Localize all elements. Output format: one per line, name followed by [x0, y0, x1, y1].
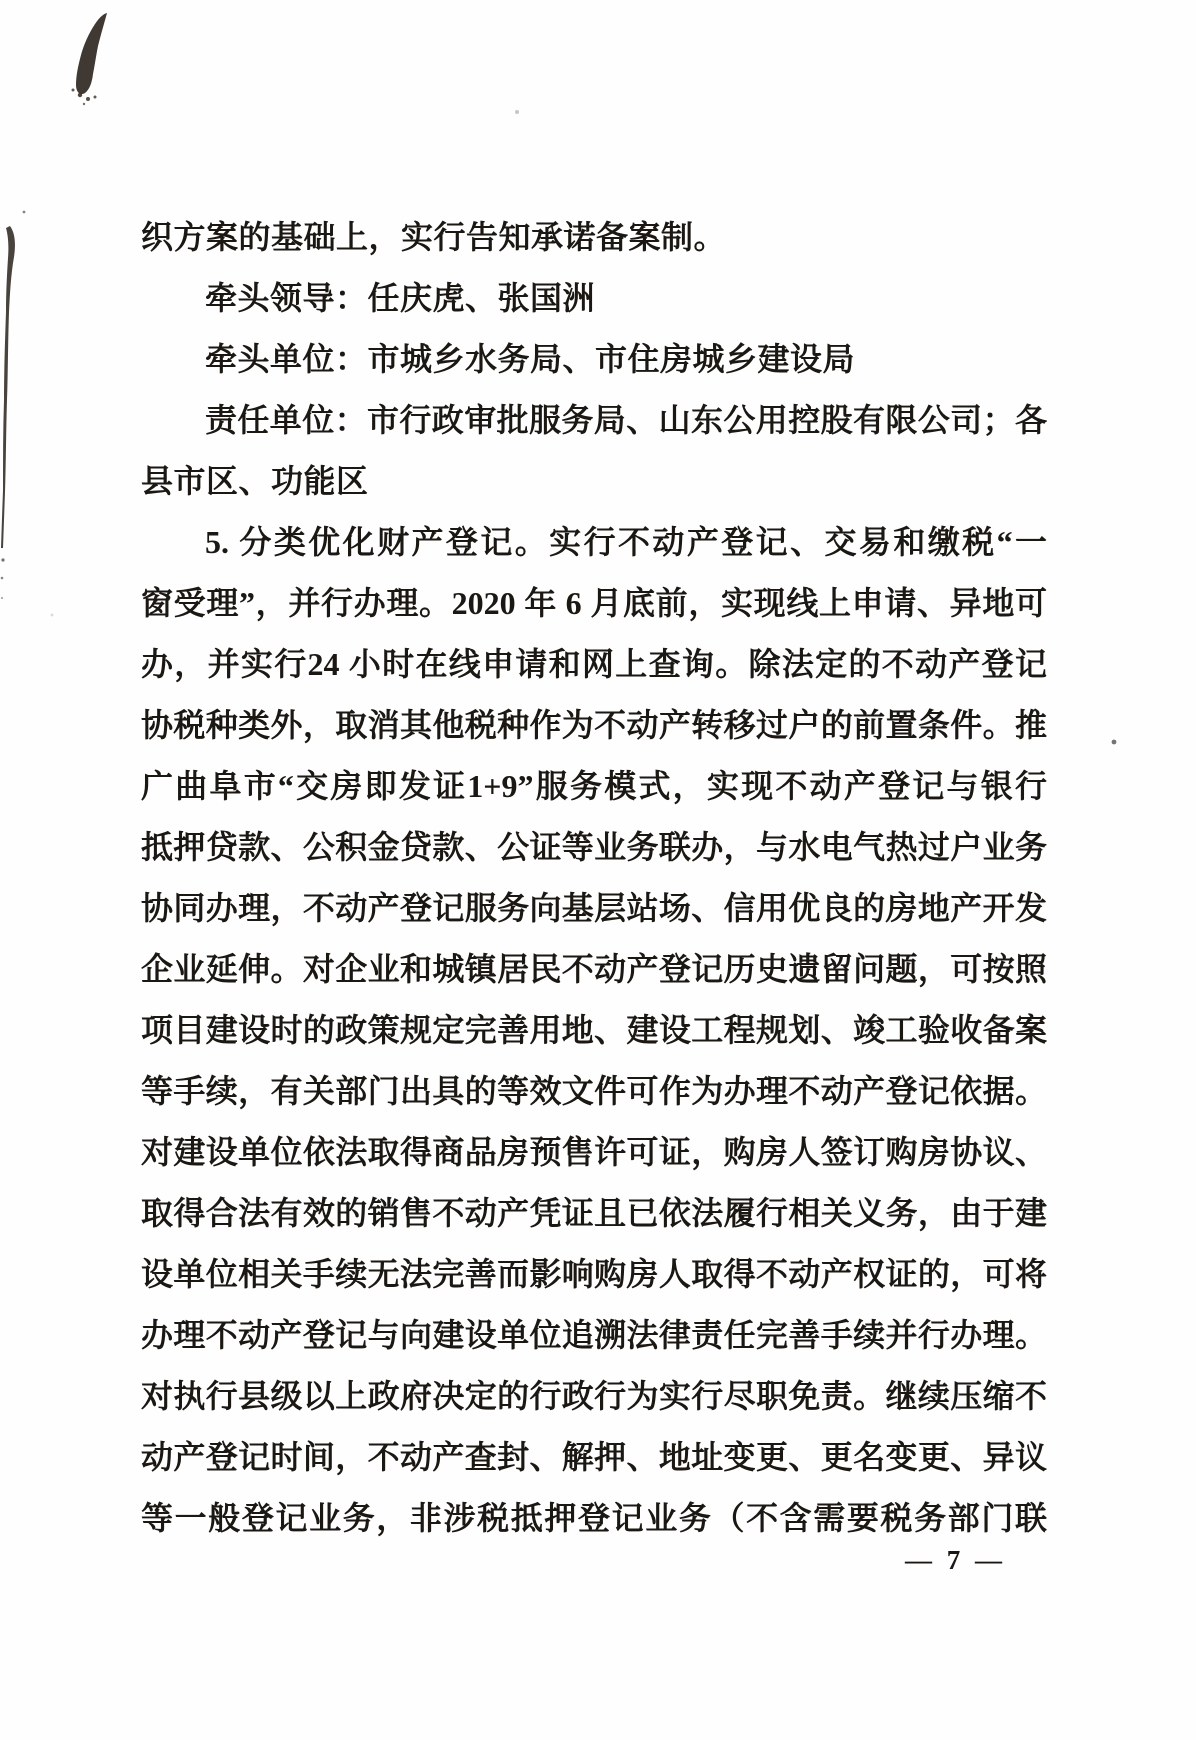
paragraph-line: 动产登记时间，不动产查封、解押、地址变更、更名变更、异议 — [141, 1427, 1047, 1488]
paragraph-line: 企业延伸。对企业和城镇居民不动产登记历史遗留问题，可按照 — [141, 939, 1047, 1000]
paragraph-line: 办理不动产登记与向建设单位追溯法律责任完善手续并行办理。 — [141, 1305, 1047, 1366]
paragraph-line: 对建设单位依法取得商品房预售许可证，购房人签订购房协议、 — [141, 1122, 1047, 1183]
paragraph-line-item-5-start: 5. 分类优化财产登记。实行不动产登记、交易和缴税“一 — [141, 512, 1047, 573]
ink-blot-icon — [72, 13, 108, 105]
paragraph-line-responsible-unit: 责任单位：市行政审批服务局、山东公用控股有限公司；各 — [141, 390, 1047, 451]
paragraph-line: 设单位相关手续无法完善而影响购房人取得不动产权证的，可将 — [141, 1244, 1047, 1305]
paragraph-line: 取得合法有效的销售不动产凭证且已依法履行相关义务，由于建 — [141, 1183, 1047, 1244]
ink-streak-icon — [1, 211, 26, 599]
paragraph-line-lead-unit: 牵头单位：市城乡水务局、市住房城乡建设局 — [141, 329, 1047, 390]
paragraph-line: 协同办理，不动产登记服务向基层站场、信用优良的房地产开发 — [141, 878, 1047, 939]
paragraph-line: 县市区、功能区 — [141, 451, 1047, 512]
paragraph-line: 等手续，有关部门出具的等效文件可作为办理不动产登记依据。 — [141, 1061, 1047, 1122]
paragraph-line: 织方案的基础上，实行告知承诺备案制。 — [141, 207, 1047, 268]
paragraph-line: 等一般登记业务，非涉税抵押登记业务（不含需要税务部门联 — [141, 1488, 1047, 1549]
paragraph-line: 抵押贷款、公积金贷款、公证等业务联办，与水电气热过户业务 — [141, 817, 1047, 878]
paragraph-line: 广曲阜市“交房即发证1+9”服务模式，实现不动产登记与银行 — [141, 756, 1047, 817]
paragraph-line: 办，并实行24 小时在线申请和网上查询。除法定的不动产登记 — [141, 634, 1047, 695]
page-number: — 7 — — [905, 1545, 1006, 1576]
paragraph-line: 对执行县级以上政府决定的行政行为实行尽职免责。继续压缩不 — [141, 1366, 1047, 1427]
paragraph-line: 项目建设时的政策规定完善用地、建设工程规划、竣工验收备案 — [141, 1000, 1047, 1061]
paragraph-line-lead-leader: 牵头领导：任庆虎、张国洲 — [141, 268, 1047, 329]
paragraph-line: 协税种类外，取消其他税种作为不动产转移过户的前置条件。推 — [141, 695, 1047, 756]
scanned-document-page: 织方案的基础上，实行告知承诺备案制。 牵头领导：任庆虎、张国洲 牵头单位：市城乡… — [0, 0, 1196, 1740]
paragraph-line: 窗受理”，并行办理。2020 年 6 月底前，实现线上申请、异地可 — [141, 573, 1047, 634]
document-text-block: 织方案的基础上，实行告知承诺备案制。 牵头领导：任庆虎、张国洲 牵头单位：市城乡… — [141, 207, 1047, 1549]
